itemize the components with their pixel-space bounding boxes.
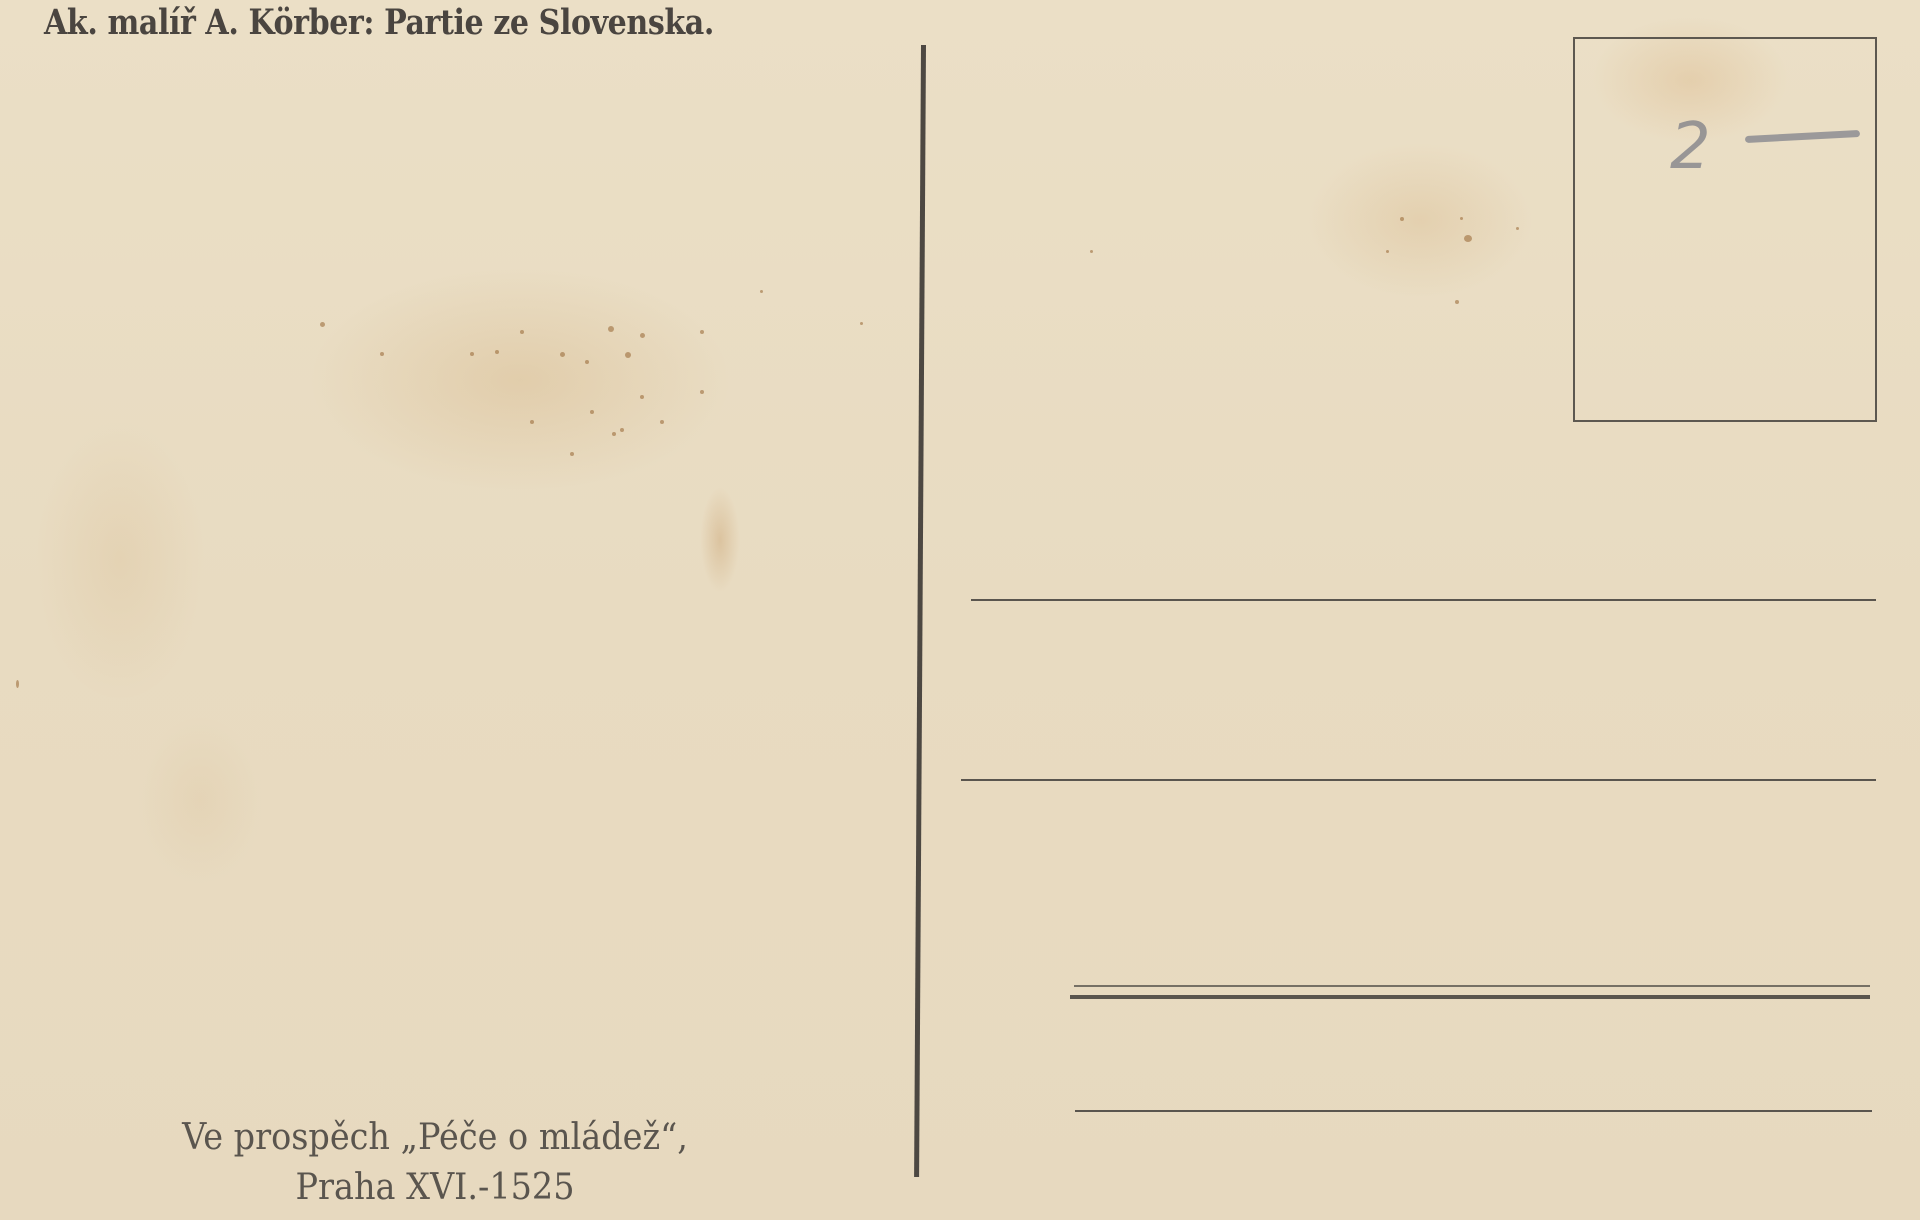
stamp-box xyxy=(1573,37,1877,422)
address-line-4 xyxy=(1075,1110,1872,1112)
address-line-2 xyxy=(961,779,1876,781)
footer-line-2: Praha XVI.-1525 xyxy=(133,1163,738,1213)
footer-line-1: Ve prospěch „Péče o mládež“, xyxy=(133,1113,738,1163)
publisher-footer: Ve prospěch „Péče o mládež“, Praha XVI.-… xyxy=(133,1113,738,1213)
address-line-3-thick xyxy=(1070,995,1870,999)
pencil-price-note: 2 xyxy=(1670,110,1711,184)
postcard-caption: Ak. malíř A. Körber: Partie ze Slovenska… xyxy=(44,2,714,43)
address-line-1 xyxy=(971,599,1876,601)
address-line-3-thin xyxy=(1074,985,1870,987)
